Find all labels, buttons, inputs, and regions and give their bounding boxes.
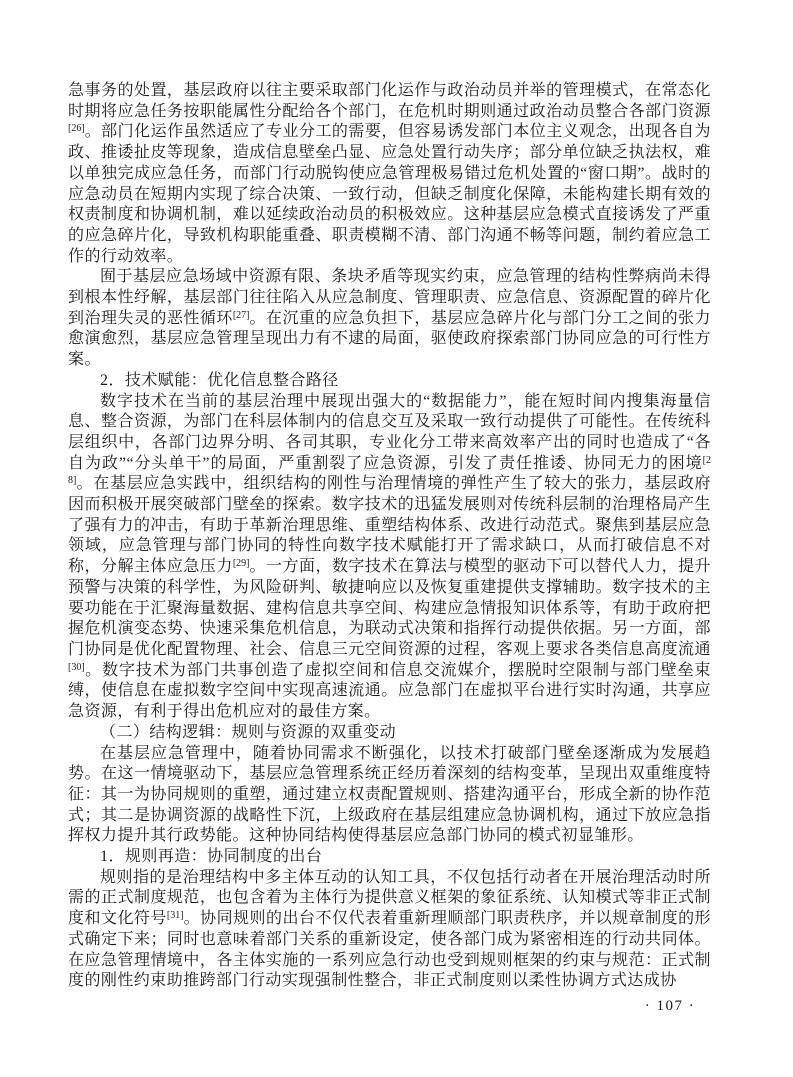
page-number: · 107 ·	[630, 998, 710, 1015]
paragraph: 急事务的处置，基层政府以往主要采取部门化运作与政治动员并举的管理模式，在常态化时…	[68, 81, 711, 267]
citation-ref: [30]	[68, 662, 85, 673]
text-run: 急事务的处置，基层政府以往主要采取部门化运作与政治动员并举的管理模式，在常态化时…	[68, 82, 711, 120]
paragraph: 在基层应急管理中，随着协同需求不断强化，以技术打破部门壁垒逐渐成为发展趋势。在这…	[68, 744, 711, 848]
text-run: 在基层应急管理中，随着协同需求不断强化，以技术打破部门壁垒逐渐成为发展趋势。在这…	[68, 745, 711, 845]
paragraph: 规则指的是治理结构中多主体互动的认知工具，不仅包括行动者在开展治理活动时所需的正…	[68, 868, 711, 992]
section-heading: 1．规则再造：协同制度的出台	[68, 847, 711, 868]
text-run: 。数字技术为部门共事创造了虚拟空间和信息交流媒介，摆脱时空限制与部门壁垒束缚，使…	[68, 662, 711, 720]
document-body: 急事务的处置，基层政府以往主要采取部门化运作与政治动员并举的管理模式，在常态化时…	[68, 81, 711, 992]
citation-ref: [27]	[233, 310, 250, 321]
citation-ref: [29]	[233, 558, 250, 569]
text-run: 数字技术在当前的基层治理中展现出强大的“数据能力”，能在短时间内搜集海量信息、整…	[68, 393, 711, 472]
paragraph: 囿于基层应急场域中资源有限、条块矛盾等现实约束，应急管理的结构性弊病尚未得到根本…	[68, 267, 711, 371]
text-run: 2．技术赋能：优化信息整合路径	[100, 372, 339, 389]
paragraph: 数字技术在当前的基层治理中展现出强大的“数据能力”，能在短时间内搜集海量信息、整…	[68, 392, 711, 723]
text-run: 。部门化运作虽然适应了专业分工的需要，但容易诱发部门本位主义观念，出现各自为政、…	[68, 123, 711, 264]
section-heading: 2．技术赋能：优化信息整合路径	[68, 371, 711, 392]
text-run: （二）结构逻辑：规则与资源的双重变动	[100, 724, 396, 741]
text-run: 1．规则再造：协同制度的出台	[100, 848, 322, 865]
document-page: 急事务的处置，基层政府以往主要采取部门化运作与政治动员并举的管理模式，在常态化时…	[68, 81, 711, 992]
citation-ref: [31]	[167, 910, 184, 921]
citation-ref: [26]	[68, 123, 85, 134]
section-heading: （二）结构逻辑：规则与资源的双重变动	[68, 723, 711, 744]
